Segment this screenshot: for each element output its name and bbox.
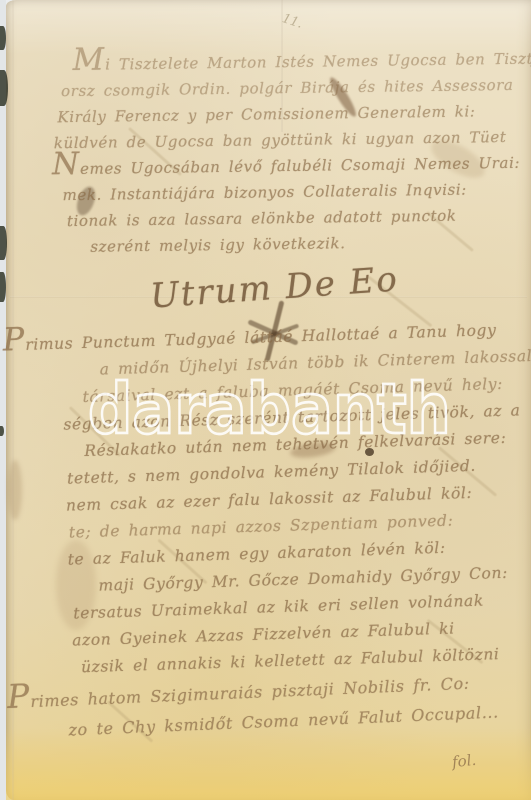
binding-mark bbox=[0, 26, 6, 50]
folio-mark: fol. bbox=[451, 751, 477, 771]
body-paragraph: Primus Punctum Tudgyaé láttáé Hallottaé … bbox=[80, 316, 531, 681]
intro-paragraph: Mi Tisztelete Marton Istés Nemes Ugocsa … bbox=[73, 45, 531, 260]
binding-mark bbox=[0, 70, 8, 106]
binding-mark bbox=[0, 426, 4, 436]
binding-mark bbox=[0, 272, 6, 302]
binding-mark bbox=[0, 226, 7, 260]
manuscript-photo: 11. Mi Tisztelete Marton Istés Nemes Ugo… bbox=[0, 0, 531, 800]
